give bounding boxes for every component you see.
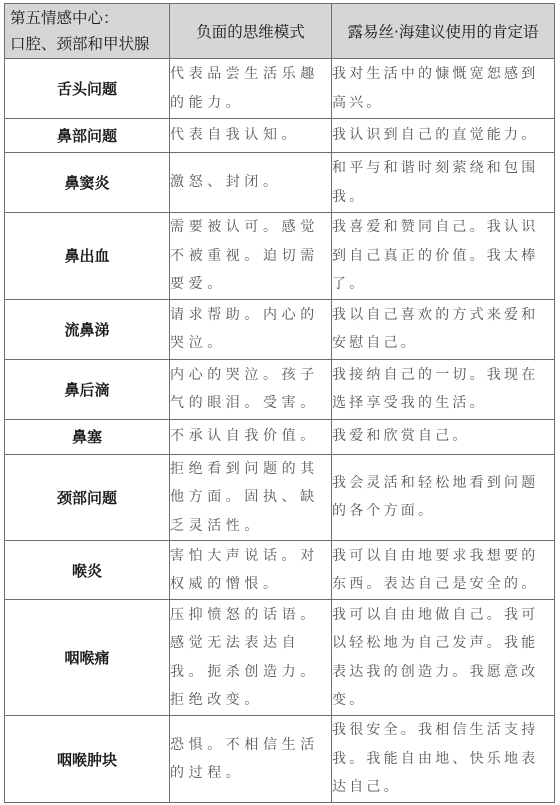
header-affirmation: 露易丝·海建议使用的肯定语: [332, 4, 555, 59]
negative-pattern-cell: 需要被认可。感觉不被重视。迫切需要爱。: [170, 213, 332, 300]
negative-pattern-cell: 压抑愤怒的话语。感觉无法表达自我。扼杀创造力。拒绝改变。: [170, 600, 332, 716]
negative-pattern-cell: 拒绝看到问题的其他方面。固执、缺乏灵活性。: [170, 454, 332, 541]
table-header-row: 第五情感中心： 口腔、颈部和甲状腺 负面的思维模式 露易丝·海建议使用的肯定语: [5, 4, 555, 59]
negative-pattern-cell: 请求帮助。内心的哭泣。: [170, 299, 332, 359]
affirmation-cell: 我很安全。我相信生活支持我。我能自由地、快乐地表达自己。: [332, 716, 555, 803]
table-row: 鼻窦炎激怒、封闭。和平与和谐时刻萦绕和包围我。: [5, 153, 555, 213]
table-row: 喉炎害怕大声说话。对权威的憎恨。我可以自由地要求我想要的东西。表达自己是安全的。: [5, 541, 555, 600]
affirmation-cell: 我喜爱和赞同自己。我认识到自己真正的价值。我太棒了。: [332, 213, 555, 300]
body-part-label: 鼻出血: [5, 213, 170, 300]
affirmation-cell: 我以自己喜欢的方式来爱和安慰自己。: [332, 299, 555, 359]
table-row: 流鼻涕请求帮助。内心的哭泣。我以自己喜欢的方式来爱和安慰自己。: [5, 299, 555, 359]
body-part-label: 鼻塞: [5, 419, 170, 454]
body-part-label: 舌头问题: [5, 59, 170, 119]
affirmation-cell: 我认识到自己的直觉能力。: [332, 119, 555, 153]
body-part-label: 流鼻涕: [5, 299, 170, 359]
affirmation-cell: 我接纳自己的一切。我现在选择享受我的生活。: [332, 359, 555, 419]
table-row: 鼻部问题代表自我认知。我认识到自己的直觉能力。: [5, 119, 555, 153]
table-row: 咽喉痛压抑愤怒的话语。感觉无法表达自我。扼杀创造力。拒绝改变。我可以自由地做自己…: [5, 600, 555, 716]
negative-pattern-cell: 不承认自我价值。: [170, 419, 332, 454]
affirmation-cell: 我会灵活和轻松地看到问题的各个方面。: [332, 454, 555, 541]
negative-pattern-cell: 害怕大声说话。对权威的憎恨。: [170, 541, 332, 600]
body-part-label: 鼻部问题: [5, 119, 170, 153]
table-row: 鼻塞不承认自我价值。我爱和欣赏自己。: [5, 419, 555, 454]
body-part-label: 咽喉肿块: [5, 716, 170, 803]
negative-pattern-cell: 激怒、封闭。: [170, 153, 332, 213]
header-center-title: 第五情感中心： 口腔、颈部和甲状腺: [5, 4, 170, 59]
header-negative-pattern: 负面的思维模式: [170, 4, 332, 59]
table-row: 舌头问题代表品尝生活乐趣的能力。我对生活中的慷慨宽恕感到高兴。: [5, 59, 555, 119]
body-part-label: 颈部问题: [5, 454, 170, 541]
table-row: 鼻出血需要被认可。感觉不被重视。迫切需要爱。我喜爱和赞同自己。我认识到自己真正的…: [5, 213, 555, 300]
affirmation-cell: 我对生活中的慷慨宽恕感到高兴。: [332, 59, 555, 119]
table-row: 颈部问题拒绝看到问题的其他方面。固执、缺乏灵活性。我会灵活和轻松地看到问题的各个…: [5, 454, 555, 541]
negative-pattern-cell: 代表自我认知。: [170, 119, 332, 153]
body-part-label: 喉炎: [5, 541, 170, 600]
table-row: 咽喉肿块恐惧。不相信生活的过程。我很安全。我相信生活支持我。我能自由地、快乐地表…: [5, 716, 555, 803]
negative-pattern-cell: 代表品尝生活乐趣的能力。: [170, 59, 332, 119]
affirmation-cell: 我爱和欣赏自己。: [332, 419, 555, 454]
negative-pattern-cell: 恐惧。不相信生活的过程。: [170, 716, 332, 803]
negative-pattern-cell: 内心的哭泣。孩子气的眼泪。受害。: [170, 359, 332, 419]
body-part-label: 咽喉痛: [5, 600, 170, 716]
emotion-center-table: 第五情感中心： 口腔、颈部和甲状腺 负面的思维模式 露易丝·海建议使用的肯定语 …: [4, 3, 555, 803]
table-body: 舌头问题代表品尝生活乐趣的能力。我对生活中的慷慨宽恕感到高兴。鼻部问题代表自我认…: [5, 59, 555, 803]
body-part-label: 鼻窦炎: [5, 153, 170, 213]
affirmation-cell: 和平与和谐时刻萦绕和包围我。: [332, 153, 555, 213]
table-row: 鼻后滴内心的哭泣。孩子气的眼泪。受害。我接纳自己的一切。我现在选择享受我的生活。: [5, 359, 555, 419]
header-center-line2: 口腔、颈部和甲状腺: [10, 31, 169, 57]
body-part-label: 鼻后滴: [5, 359, 170, 419]
header-center-line1: 第五情感中心：: [10, 5, 169, 31]
affirmation-cell: 我可以自由地做自己。我可以轻松地为自己发声。我能表达我的创造力。我愿意改变。: [332, 600, 555, 716]
affirmation-cell: 我可以自由地要求我想要的东西。表达自己是安全的。: [332, 541, 555, 600]
